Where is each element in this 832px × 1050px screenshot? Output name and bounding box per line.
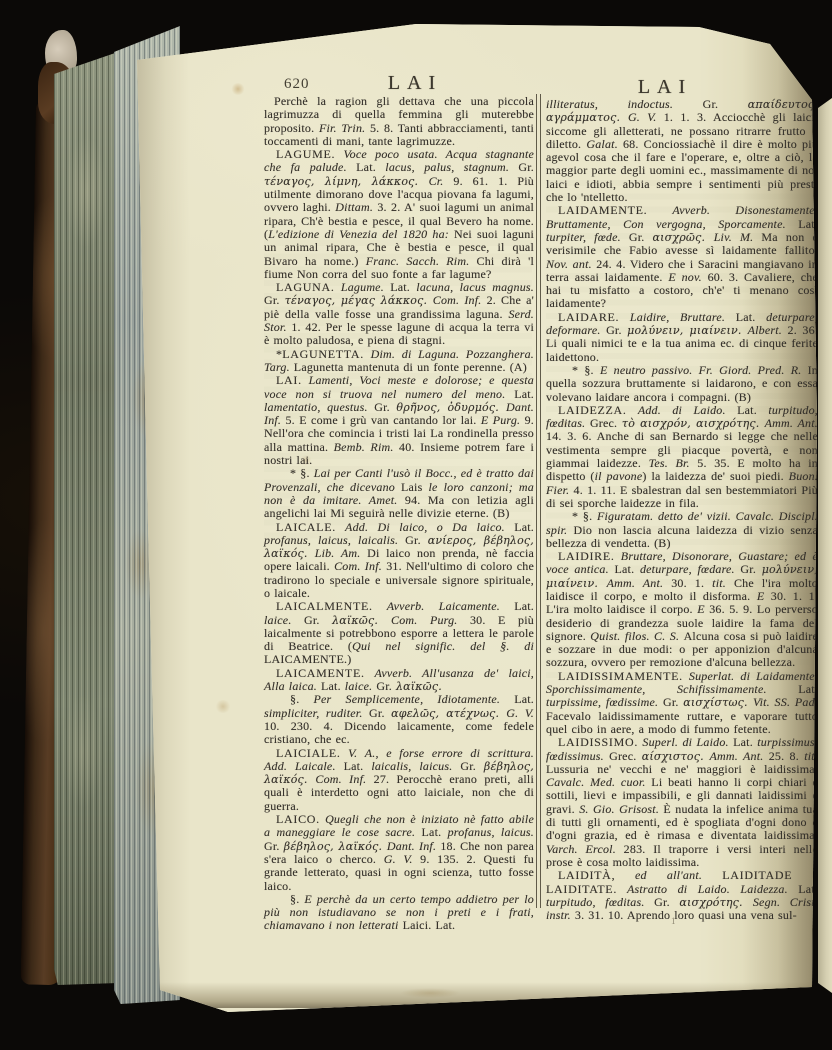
entry-text: profanus, laicus, laicalis. (264, 533, 405, 547)
entry-text: il pavone (595, 469, 643, 483)
entry-text: Com. Inf. (315, 772, 373, 786)
dictionary-entry: Perchè la ragion gli dettava che una pic… (264, 95, 534, 148)
entry-text: θρῆνος, ὀδυρμός. (396, 401, 506, 414)
entry-text: Lat. (733, 735, 757, 749)
entry-text: 3. 31. 10. Aprendo loro quasi una vena s… (575, 908, 797, 922)
page-number: 620 (284, 76, 310, 93)
running-head-right: LAI (605, 76, 725, 99)
entry-text: Gr. (405, 533, 428, 547)
headword: LAIDARE. (558, 310, 619, 324)
entry-text: Amm. Ant. (765, 416, 818, 430)
headword: LAICALE. (276, 520, 336, 534)
entry-text: 25. 8. (769, 749, 804, 763)
entry-text: Add. di Laido. (627, 403, 738, 417)
dictionary-entry: * §. Lai per Canti l'usò il Bocc., ed è … (264, 467, 534, 520)
entry-text: Vit. SS. Pad. (753, 695, 818, 709)
entry-text: , (612, 868, 635, 882)
entry-text: Lat. (344, 759, 372, 773)
entry-text: Lat. (356, 160, 385, 174)
entry-text: tit. (804, 749, 818, 763)
dictionary-entry: * §. E neutro passivo. Fr. Giord. Pred. … (546, 364, 818, 404)
dictionary-entry: LAI. Lamenti, Voci meste e dolorose; e q… (264, 374, 534, 467)
entry-text: E perchè da un certo tempo addietro per … (264, 892, 534, 933)
entry-text: S. Gio. Grisost. (579, 802, 663, 816)
entry-text: Grec. (609, 749, 642, 763)
foxing-spot (400, 988, 460, 998)
entry-text: tit. (712, 576, 734, 590)
foxing-spot (231, 83, 245, 95)
entry-text: Liv. M. (714, 230, 762, 244)
entry-text: lacuna, lacus magnus. (416, 280, 534, 294)
entry-text: Avverb. Laicamente. (373, 599, 514, 613)
entry-text: τέναγος, λίμνη, λάκκος. (264, 175, 429, 188)
entry-text: Dittam. (335, 200, 377, 214)
entry-text: Gr. (304, 613, 332, 627)
dictionary-entry: LAIDEZZA. Add. di Laido. Lat. turpitudo,… (546, 404, 818, 510)
dictionary-entry: LAICAMENTE. Avverb. All'usanza de' laici… (264, 667, 534, 694)
entry-text: Lat. (798, 682, 818, 696)
dictionary-entry: LAIDARE. Laidire, Bruttare. Lat. deturpa… (546, 311, 818, 364)
entry-text: E Purg. (481, 413, 525, 427)
right-column: illiteratus, indoctus. Gr. απαίδευτος, α… (546, 98, 818, 922)
entry-text: Superl. di Laido. (638, 735, 733, 749)
entry-text: Lais (401, 480, 429, 494)
headword: LAGUME. (276, 147, 335, 161)
dictionary-entry: LAICIALE. V. A., e forse errore di scrit… (264, 747, 534, 813)
entry-text: simpliciter, ruditer. (264, 706, 369, 720)
entry-text: Gr. (460, 759, 484, 773)
entry-text: §. (290, 692, 314, 706)
entry-text: laicalis, laicus. (371, 759, 460, 773)
entry-text: Lussuria ne' vecchi e ne' maggiori è lai… (546, 762, 818, 776)
entry-text: τέναγος, μέγας λάκκος. (285, 294, 433, 307)
entry-text: Franc. Sacch. Rim. (366, 254, 477, 268)
entry-text: Lat. (422, 825, 448, 839)
facing-page-edge (818, 98, 832, 993)
entry-text: Gr. (663, 695, 683, 709)
book-photo: 620 LAI LAI Perchè la ragion gli dettava… (0, 0, 832, 1050)
running-head-left: LAI (355, 72, 475, 95)
entry-text: E (697, 602, 709, 616)
entry-text: Gr. (654, 895, 679, 909)
headword: LAGUNA. (276, 280, 335, 294)
entry-text: Gr. (518, 160, 534, 174)
dictionary-entry: LAGUNA. Lagume. Lat. lacuna, lacus magnu… (264, 281, 534, 347)
entry-text: Lat. (514, 692, 534, 706)
entry-text: Cavalc. Med. cuor. (546, 775, 651, 789)
entry-text: Dant. Inf. (387, 839, 441, 853)
entry-text: 5. E come i grù van cantando lor lai. (285, 413, 480, 427)
dictionary-entry: LAIDAMENTE. Avverb. Disonestamente, Brut… (546, 204, 818, 310)
headword: LAI. (276, 373, 302, 387)
entry-text: Com. Purg. (391, 613, 470, 627)
entry-text: 30. 1. (671, 576, 712, 590)
entry-text: ) la laidezza de' suoi piedi. (642, 469, 788, 483)
entry-text: Varch. Ercol. (546, 842, 624, 856)
headword: LAIDAMENTE. (558, 203, 647, 217)
entry-text: turpiter, fœde. (546, 230, 629, 244)
entry-text: Facevalo laidissimamente ruttare, e vapo… (546, 709, 818, 736)
entry-text: E (757, 589, 771, 603)
signature-mark: 1 (671, 916, 676, 926)
entry-text: Cr. (429, 174, 454, 188)
dictionary-entry: LAICO. Quegli che non è iniziato nè fatt… (264, 813, 534, 893)
entry-text: Qui nel signific. del §. di (352, 639, 534, 653)
entry-text: profanus, laicus. (448, 825, 534, 839)
entry-text: Com. Inf. (433, 293, 487, 307)
page-bottom-edge-shadow (150, 982, 820, 1008)
entry-text: Gr. (264, 839, 284, 853)
entry-text: Com. Inf. (334, 559, 386, 573)
entry-text: Albert. (748, 323, 788, 337)
entry-text: Lat. (736, 310, 766, 324)
dictionary-entry: * §. Figuratam. detto de' vizii. Cavalc.… (546, 510, 818, 550)
entry-text: Gr. (703, 97, 748, 111)
entry-text: Lamenti, Voci meste e dolorose; e questa… (264, 373, 534, 400)
dictionary-entry: LAIDITÀ, ed all'ant. LAIDITADE e LAIDITA… (546, 869, 818, 922)
foxing-spot (215, 700, 231, 713)
page-edges-stack-outer (54, 52, 118, 985)
entry-text: Lat. (798, 882, 818, 896)
entry-text: * §. (572, 509, 597, 523)
entry-text: Lagume. (335, 280, 391, 294)
headword: LAICIALE. (276, 746, 341, 760)
dictionary-entry: LAICALE. Add. Di laico, o Da laico. Lat.… (264, 521, 534, 601)
dictionary-entry: §. E perchè da un certo tempo addietro p… (264, 893, 534, 933)
entry-text: Add. Di laico, o Da laico. (336, 520, 514, 534)
entry-text: Lat. (390, 280, 416, 294)
headword: LAICAMENTE. (276, 666, 365, 680)
entry-text: αίσχιστος. (642, 750, 710, 763)
entry-text: Galat. (586, 137, 623, 151)
entry-text: Gr. (376, 679, 396, 693)
headword: LAICALMENTE. (276, 599, 373, 613)
entry-text: Astratto di Laido. Laidezza. (627, 882, 798, 896)
entry-text: E nov. (668, 270, 707, 284)
entry-text: Dio non lascia alcuna laidezza di vizio … (546, 523, 818, 550)
entry-text: Lat. (514, 520, 534, 534)
entry-text: * §. (572, 363, 600, 377)
entry-text: 1. 42. Per le spesse lagune di acqua la … (264, 320, 534, 347)
entry-text: Amm. Ant. (710, 749, 769, 763)
entry-text: Gr. (740, 562, 761, 576)
entry-text: Lagunetta mantenuta di un fonte perenne.… (294, 360, 527, 374)
entry-text: G. V. (506, 706, 534, 720)
entry-text: Laici. Lat. (403, 918, 456, 932)
entry-text: λαϊκῶς. (396, 680, 442, 693)
entry-text: Gr. (264, 293, 285, 307)
headword: LAIDITATE (546, 882, 613, 896)
headword: LAICO. (276, 812, 320, 826)
entry-text: 10. 230. 4. Dicendo laicamente, come fed… (264, 719, 534, 746)
entry-text: turpitudo, fœditas. (546, 895, 654, 909)
entry-text: Nov. ant. (546, 257, 596, 271)
entry-text: λαϊκῶς. (332, 614, 391, 627)
dictionary-entry: *LAGUNETTA. Dim. di Laguna. Pozzanghera.… (264, 348, 534, 375)
entry-text: Lat. (798, 217, 818, 231)
dictionary-entry: LAICALMENTE. Avverb. Laicamente. Lat. la… (264, 600, 534, 666)
entry-text: laice. (345, 679, 377, 693)
entry-text: laice. (264, 613, 304, 627)
dictionary-entry: LAIDISSIMAMENTE. Superlat. di Laidamente… (546, 670, 818, 736)
dictionary-entry: LAIDIRE. Bruttare, Disonorare, Guastare;… (546, 550, 818, 670)
entry-text: deturpare, fœdare. (640, 562, 740, 576)
entry-text: Lat. (614, 562, 639, 576)
entry-text: Gr. (629, 230, 653, 244)
entry-text: αισχρότης. (679, 896, 752, 909)
headword: LAIDISSIMAMENTE. (558, 669, 683, 683)
entry-text: 4. 1. 11. E sbalestran dal sen bestemmia… (546, 483, 818, 510)
entry-text: Tes. Br. (649, 456, 698, 470)
entry-text: illiteratus, indoctus. (546, 97, 703, 111)
headword: LAIDITADE (722, 868, 792, 882)
entry-text: Fir. Trin. (319, 121, 370, 135)
entry-text: §. (290, 892, 304, 906)
dictionary-entry: LAIDISSIMO. Superl. di Laido. Lat. turpi… (546, 736, 818, 869)
entry-text: LAICAMENTE.) (264, 652, 351, 666)
entry-text: . (613, 882, 627, 896)
entry-text: Gr. (369, 706, 391, 720)
headword: LAIDEZZA. (558, 403, 627, 417)
column-rule (536, 94, 541, 908)
entry-text: βέβηλος, λαϊκός. (284, 840, 387, 853)
headword: LAIDISSIMO. (558, 735, 638, 749)
entry-text: αισχρῶς. (653, 231, 714, 244)
entry-text: L'edizione di Venezia del 1820 ha: (268, 227, 454, 241)
entry-text: Laidire, Bruttare. (619, 310, 735, 324)
dictionary-entry: illiteratus, indoctus. Gr. απαίδευτος, α… (546, 98, 818, 204)
entry-text: αφελῶς, ατέχνως. (391, 707, 506, 720)
entry-text: G. V. (628, 110, 664, 124)
entry-text: turpissime, fœdissime. (546, 695, 663, 709)
entry-text: lamentatio, questus. (264, 400, 374, 414)
entry-text: Gr. (606, 323, 627, 337)
entry-text: * §. (290, 466, 314, 480)
entry-text: E neutro passivo. Fr. Giord. Pred. R. (600, 363, 808, 377)
entry-text: Gr. (374, 400, 396, 414)
headword: LAIDITÀ (558, 868, 612, 882)
entry-text: Quist. filos. C. S. (590, 629, 683, 643)
entry-text: Amm. Ant. (607, 576, 672, 590)
entry-text: αισχίστως. (683, 696, 753, 709)
entry-text: G. V. (384, 852, 420, 866)
entry-text: Lat. (514, 599, 534, 613)
entry-text: μολύνειν, μιαίνειν. (627, 324, 747, 337)
entry-text: Lat. (514, 387, 534, 401)
entry-text: Bemb. Rim. (334, 440, 399, 454)
dictionary-entry: LAGUME. Voce poco usata. Acqua stagnante… (264, 148, 534, 281)
headword: LAIDIRE. (558, 549, 615, 563)
dictionary-entry: §. Per Semplicemente, Idiotamente. Lat. … (264, 693, 534, 746)
entry-text: Lat. (737, 403, 768, 417)
entry-text: Lat. (321, 679, 345, 693)
left-column: Perchè la ragion gli dettava che una pic… (264, 95, 534, 933)
entry-text: ed all'ant. (635, 868, 722, 882)
headword: LAGUNETTA. (282, 347, 364, 361)
entry-text: τὸ αισχρόν, αισχρότης. (622, 417, 765, 430)
entry-text: lacus, palus, stagnum. (385, 160, 518, 174)
entry-text: e (792, 868, 818, 882)
entry-text: Lib. Am. (315, 546, 367, 560)
entry-text: Per Semplicemente, Idiotamente. (314, 692, 515, 706)
entry-text: Grec. (590, 416, 622, 430)
